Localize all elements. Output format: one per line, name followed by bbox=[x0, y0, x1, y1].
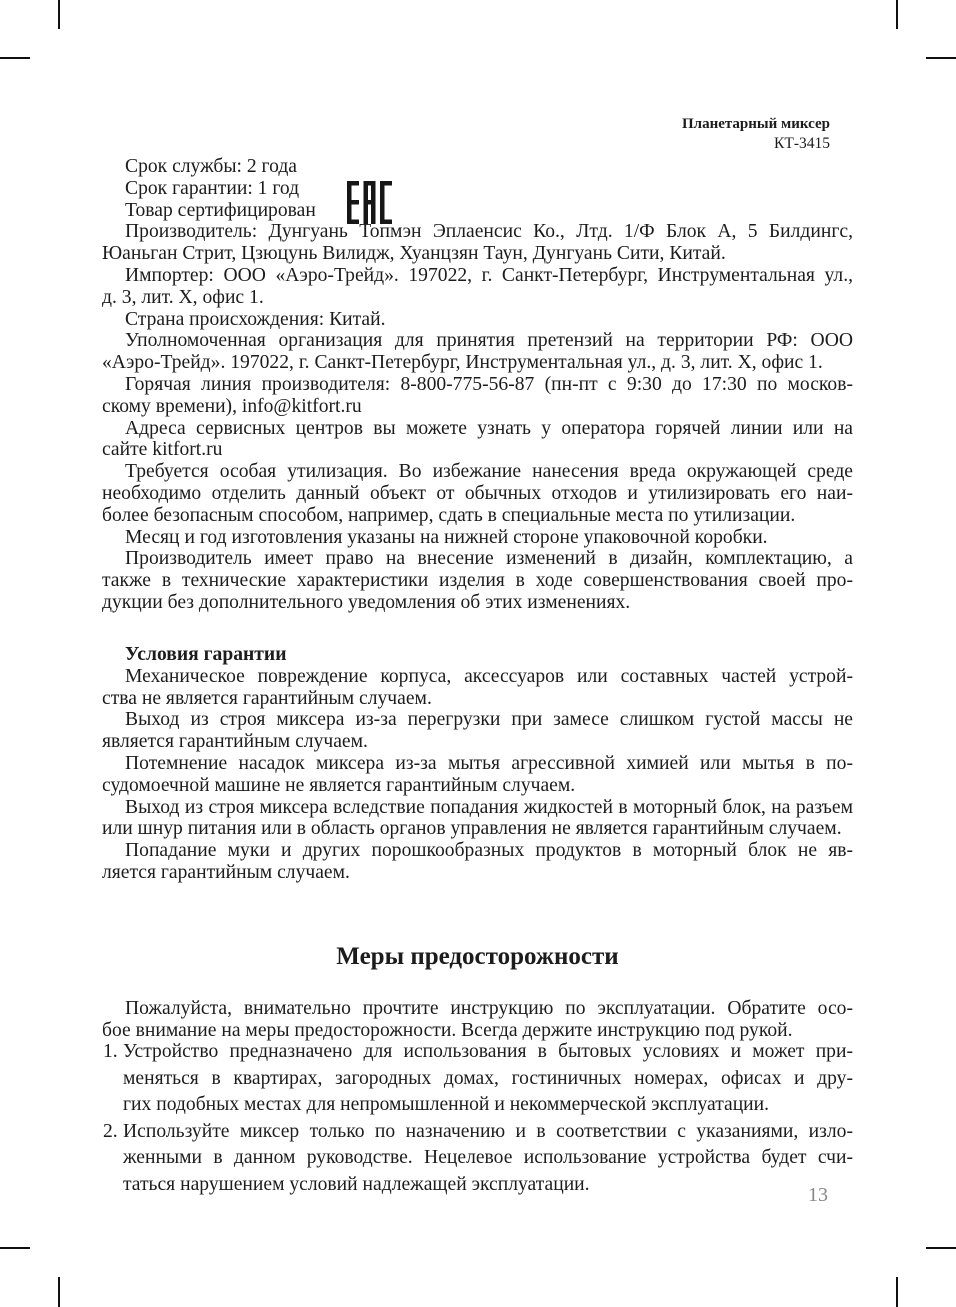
text-line: Потемнение насадок миксера из-за мытья а… bbox=[102, 753, 853, 775]
paragraph: Попадание муки и других порошкообразных … bbox=[102, 840, 853, 884]
crop-mark-top-right-vertical bbox=[896, 0, 898, 29]
paragraph: Выход из строя миксера из-за перегрузки … bbox=[102, 709, 853, 753]
paragraph: Используйте миксер только по назначению … bbox=[123, 1119, 853, 1199]
text-line: «Аэро-Трейд». 197022, г. Санкт-Петербург… bbox=[102, 352, 853, 374]
text-line: Импортер: ООО «Аэро-Трейд». 197022, г. С… bbox=[102, 265, 853, 287]
page-number: 13 bbox=[808, 1183, 828, 1207]
text-line: Страна происхождения: Китай. bbox=[102, 309, 853, 331]
text-line: более безопасным способом, например, сда… bbox=[102, 505, 853, 527]
text-line: скому времени), info@kitfort.ru bbox=[102, 396, 853, 418]
paragraph: Срок гарантии: 1 год bbox=[102, 178, 853, 200]
text-line: Месяц и год изготовления указаны на нижн… bbox=[102, 527, 853, 549]
warranty-paragraphs: Механическое повреждение корпуса, аксесс… bbox=[102, 666, 853, 884]
paragraph: Импортер: ООО «Аэро-Трейд». 197022, г. С… bbox=[102, 265, 853, 309]
text-line: дукции без дополнительного уведомления о… bbox=[102, 592, 853, 614]
paragraph: Горячая линия производителя: 8-800-775-5… bbox=[102, 374, 853, 418]
paragraph: Устройство предназначено для использован… bbox=[123, 1039, 853, 1119]
text-line: Срок службы: 2 года bbox=[102, 156, 853, 178]
paragraph: Пожалуйста, внимательно прочтите инструк… bbox=[102, 998, 853, 1042]
text-line: Используйте миксер только по назначению … bbox=[123, 1119, 853, 1146]
safety-heading: Меры предосторожности bbox=[102, 941, 853, 973]
crop-mark-top-right-horizontal bbox=[926, 57, 956, 59]
text-line: Выход из строя миксера из-за перегрузки … bbox=[102, 709, 853, 731]
text-line: Требуется особая утилизация. Во избежани… bbox=[102, 461, 853, 483]
product-info-section: Срок службы: 2 годаСрок гарантии: 1 годТ… bbox=[102, 156, 853, 614]
text-line: Производитель: Дунгуань Топмэн Эплаенсис… bbox=[102, 221, 853, 243]
text-line: Юаньган Стрит, Цзюцунь Вилидж, Хуанцзян … bbox=[102, 243, 853, 265]
crop-mark-bottom-left-vertical bbox=[58, 1277, 60, 1307]
text-line: необходимо отделить данный объект от обы… bbox=[102, 483, 853, 505]
text-line: Уполномоченная организация для принятия … bbox=[102, 330, 853, 352]
text-line: Механическое повреждение корпуса, аксесс… bbox=[102, 666, 853, 688]
list-item-number: 1. bbox=[103, 1039, 118, 1066]
manual-page: { "header": { "title": "Планетарный микс… bbox=[0, 0, 956, 1307]
safety-list-item: 1.Устройство предназначено для использов… bbox=[102, 1039, 853, 1119]
crop-mark-bottom-right-horizontal bbox=[926, 1247, 956, 1249]
text-line: Срок гарантии: 1 год bbox=[102, 178, 853, 200]
safety-list: 1.Устройство предназначено для использов… bbox=[102, 1039, 853, 1199]
text-line: Адреса сервисных центров вы можете узнат… bbox=[102, 418, 853, 440]
doc-model-number: КТ-3415 bbox=[682, 134, 830, 153]
text-line: является гарантийным случаем. bbox=[102, 731, 853, 753]
warranty-heading: Условия гарантии bbox=[102, 644, 853, 666]
doc-title: Планетарный миксер bbox=[682, 115, 830, 134]
text-line: Горячая линия производителя: 8-800-775-5… bbox=[102, 374, 853, 396]
paragraph: Выход из строя миксера вследствие попада… bbox=[102, 797, 853, 841]
paragraph: Требуется особая утилизация. Во избежани… bbox=[102, 461, 853, 526]
text-line: таться нарушением условий надлежащей экс… bbox=[123, 1172, 853, 1199]
crop-mark-bottom-left-horizontal bbox=[0, 1247, 30, 1249]
paragraph: Месяц и год изготовления указаны на нижн… bbox=[102, 527, 853, 549]
text-line: судомоечной машине не является гарантийн… bbox=[102, 775, 853, 797]
paragraph: Производитель имеет право на внесение из… bbox=[102, 548, 853, 613]
crop-mark-top-left-vertical bbox=[58, 0, 60, 29]
crop-mark-bottom-right-vertical bbox=[896, 1277, 898, 1307]
safety-intro: Пожалуйста, внимательно прочтите инструк… bbox=[102, 998, 853, 1042]
text-line: Устройство предназначено для использован… bbox=[123, 1039, 853, 1066]
text-line: сайте kitfort.ru bbox=[102, 439, 853, 461]
text-line: Пожалуйста, внимательно прочтите инструк… bbox=[102, 998, 853, 1020]
paragraph: Адреса сервисных центров вы можете узнат… bbox=[102, 418, 853, 462]
text-line: также в технические характеристики издел… bbox=[102, 570, 853, 592]
text-line: Производитель имеет право на внесение из… bbox=[102, 548, 853, 570]
text-line: д. 3, лит. Х, офис 1. bbox=[102, 287, 853, 309]
text-line: гих подобных местах для непромышленной и… bbox=[123, 1092, 853, 1119]
crop-mark-top-left-horizontal bbox=[0, 57, 30, 59]
text-line: Выход из строя миксера вследствие попада… bbox=[102, 797, 853, 819]
text-line: или шнур питания или в область органов у… bbox=[102, 818, 853, 840]
text-line: женными в данном руководстве. Нецелевое … bbox=[123, 1145, 853, 1172]
paragraph: Производитель: Дунгуань Топмэн Эплаенсис… bbox=[102, 221, 853, 265]
page-header: Планетарный миксер КТ-3415 bbox=[682, 115, 830, 153]
warranty-section: Условия гарантии Механическое повреждени… bbox=[102, 644, 853, 884]
paragraph: Срок службы: 2 года bbox=[102, 156, 853, 178]
text-line: ства не является гарантийным случаем. bbox=[102, 688, 853, 710]
text-line: Товар сертифицирован bbox=[102, 200, 853, 222]
list-item-number: 2. bbox=[103, 1119, 118, 1146]
paragraph: Товар сертифицирован bbox=[102, 200, 853, 222]
safety-list-item: 2.Используйте миксер только по назначени… bbox=[102, 1119, 853, 1199]
text-line: меняться в квартирах, загородных домах, … bbox=[123, 1066, 853, 1093]
paragraph: Страна происхождения: Китай. bbox=[102, 309, 853, 331]
paragraph: Потемнение насадок миксера из-за мытья а… bbox=[102, 753, 853, 797]
text-line: Попадание муки и других порошкообразных … bbox=[102, 840, 853, 862]
paragraph: Механическое повреждение корпуса, аксесс… bbox=[102, 666, 853, 710]
text-line: ляется гарантийным случаем. bbox=[102, 862, 853, 884]
paragraph: Уполномоченная организация для принятия … bbox=[102, 330, 853, 374]
